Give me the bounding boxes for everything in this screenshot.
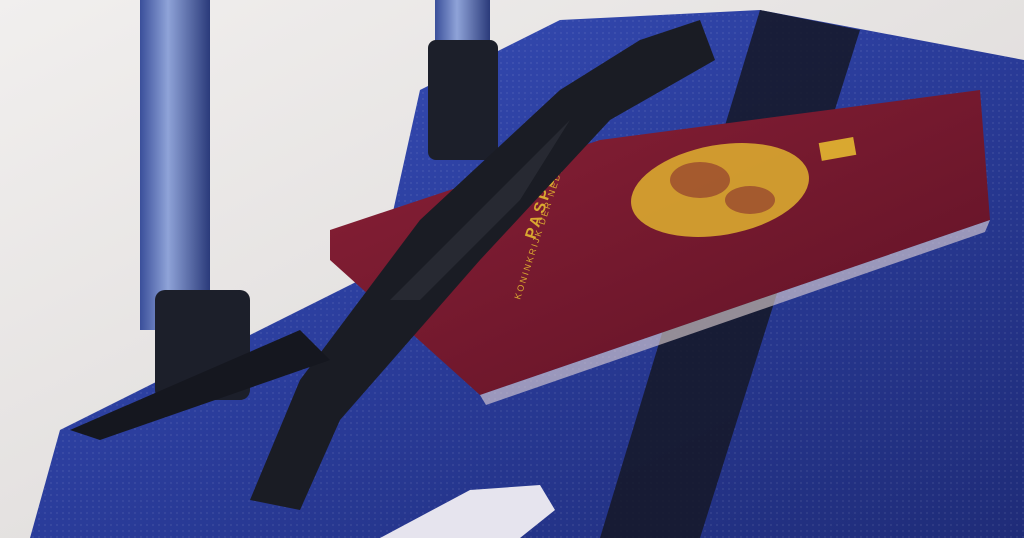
photo-scene: PASPO KONINKRIJK DER NEDERLANDEN — [0, 0, 1024, 538]
pole-base-right — [428, 40, 498, 160]
handle-pole-left — [140, 0, 210, 330]
suitcase-photo: PASPO KONINKRIJK DER NEDERLANDEN — [0, 0, 1024, 538]
